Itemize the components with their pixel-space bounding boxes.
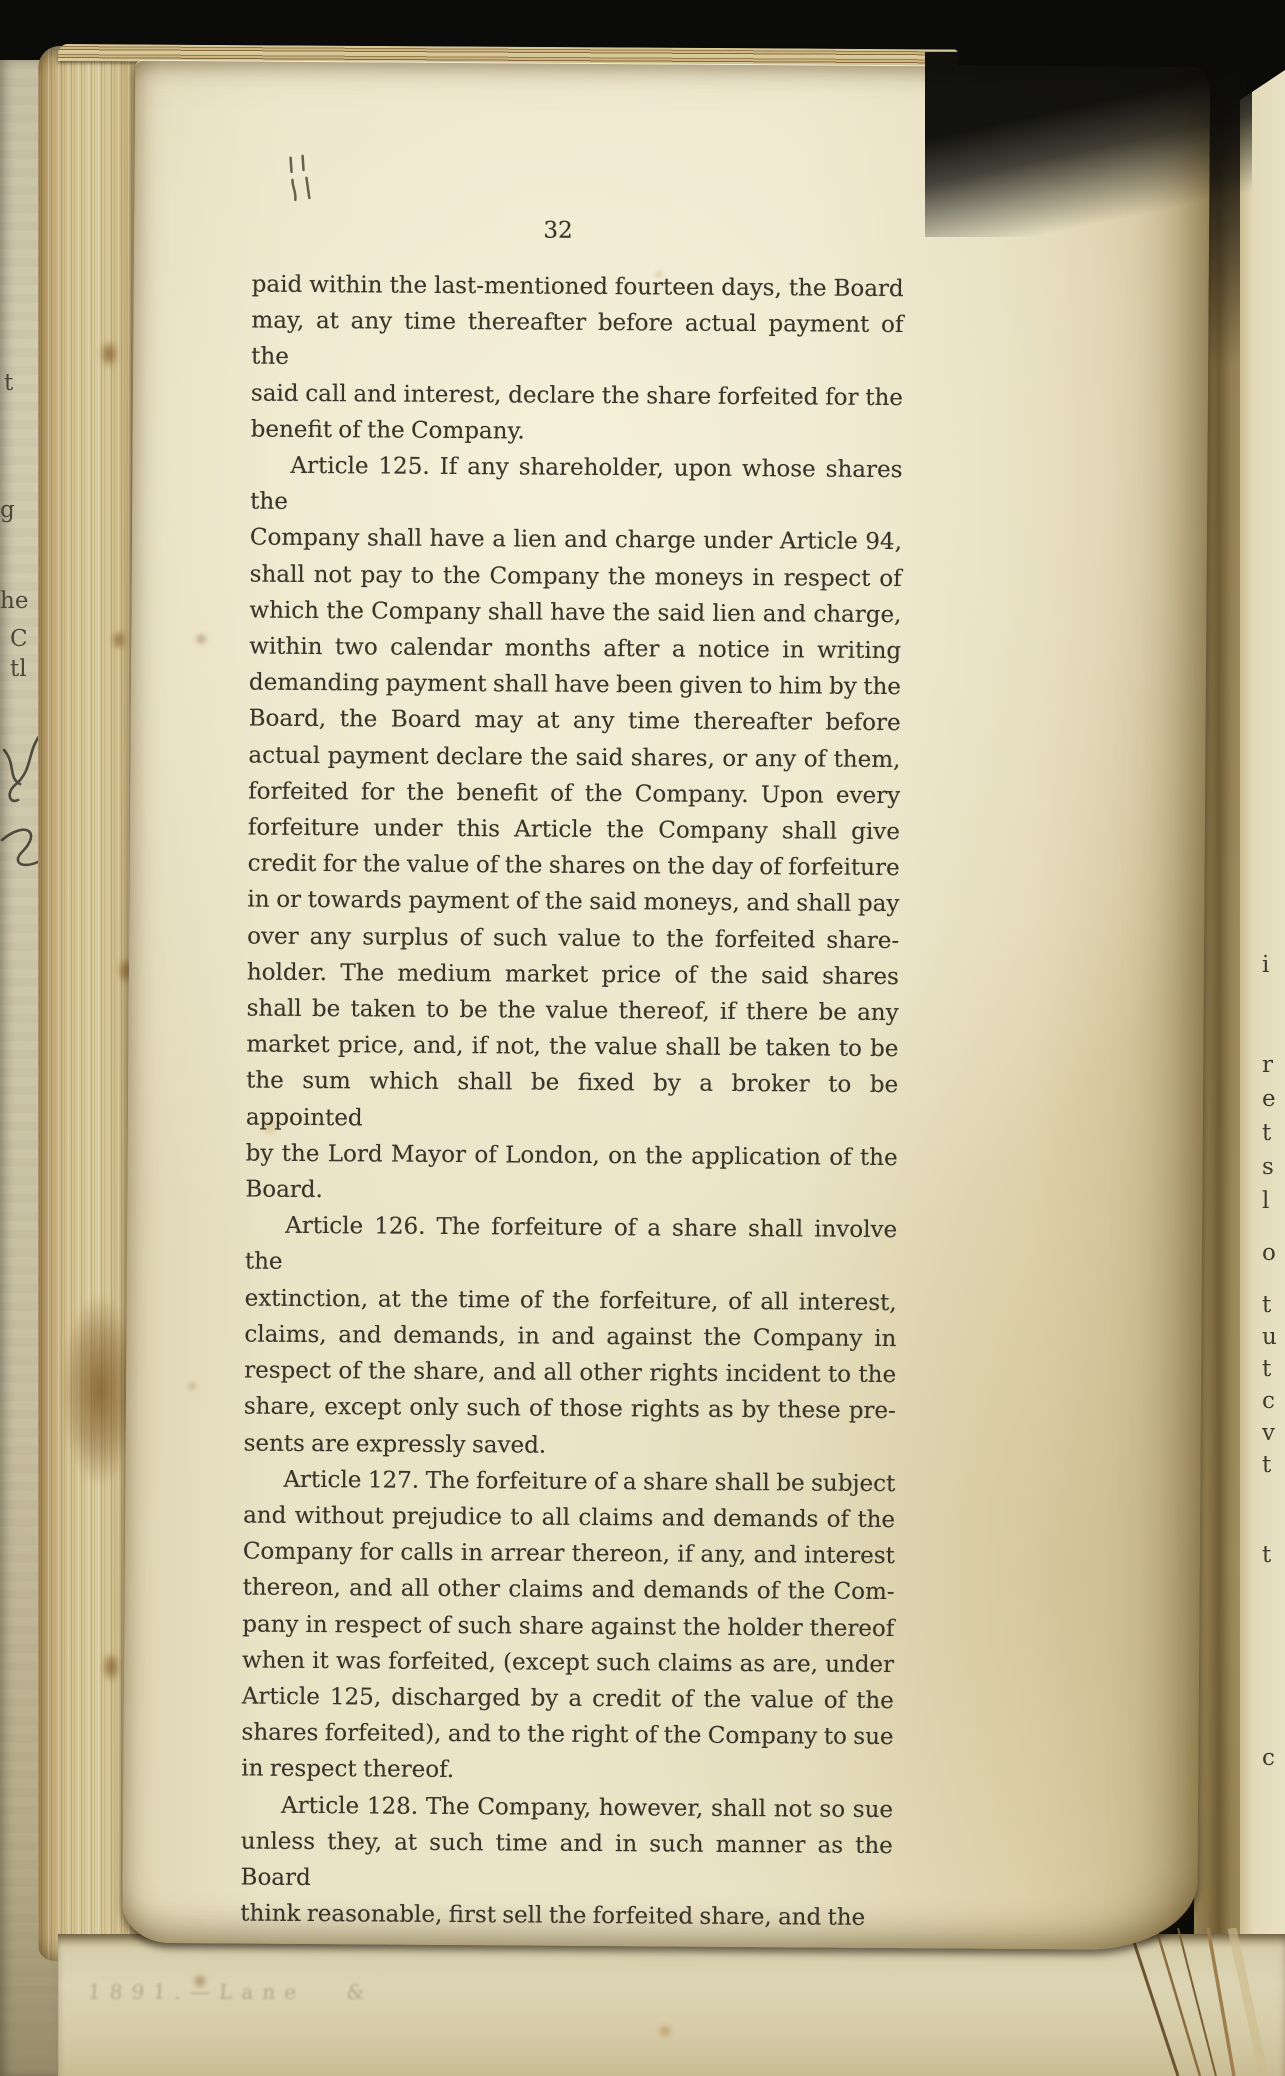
text-line: forfeiture under this Article the Compan…	[248, 810, 900, 851]
page-text-fragment: t	[1262, 1542, 1271, 1568]
foxing-spot	[186, 1381, 198, 1391]
foxing-spot	[100, 340, 118, 368]
page-text-fragment: t	[1262, 1356, 1271, 1382]
text-block: paid within the last-mentioned fourteen …	[240, 267, 904, 1937]
foxing-spot	[656, 2024, 674, 2038]
page-text-fragment: e	[1262, 1086, 1276, 1112]
foxing-spot	[102, 1652, 120, 1682]
text-line: share, except only such of those rights …	[244, 1389, 896, 1430]
text-line: unless they, at such time and in such ma…	[240, 1823, 892, 1900]
text-line: claims, and demands, in and against the …	[244, 1316, 896, 1357]
page-text-fragment: o	[1262, 1240, 1276, 1266]
text-line: think reasonable, first sell the forfeit…	[240, 1896, 892, 1937]
paragraph: paid within the last-mentioned fourteen …	[251, 267, 904, 453]
text-line: credit for the value of the shares on th…	[248, 846, 900, 887]
page-text-fragment: t	[4, 370, 13, 396]
page-text-fragment: tl	[10, 656, 27, 682]
text-line: respect of the share, and all other righ…	[244, 1353, 896, 1394]
text-line: in or towards payment of the said moneys…	[247, 882, 899, 923]
text-line: pany in respect of such share against th…	[242, 1606, 894, 1647]
page-text-fragment: t	[1262, 1120, 1271, 1146]
text-line: thereon, and all other claims and demand…	[242, 1570, 894, 1611]
book-photo-scene: tgheCtl iretslotutcvttc 1891.—Lane &	[0, 0, 1285, 2076]
text-line: sents are expressly saved.	[243, 1425, 895, 1466]
text-line: Article 125. If any shareholder, upon wh…	[250, 448, 902, 525]
page-text-fragment: t	[1262, 1292, 1271, 1318]
text-line: shall not pay to the Company the moneys …	[250, 556, 902, 597]
text-line: shares forfeited), and to the right of t…	[241, 1715, 893, 1756]
page-text-fragment: g	[0, 497, 15, 523]
text-line: shall be taken to be the value thereof, …	[247, 991, 899, 1032]
page-text-fragment: u	[1262, 1324, 1277, 1350]
text-line: by the Lord Mayor of London, on the appl…	[246, 1135, 898, 1176]
text-line: Board.	[245, 1172, 897, 1213]
text-line: said call and interest, declare the shar…	[251, 375, 903, 416]
page-text-fragment: r	[1262, 1052, 1273, 1078]
foxing-spot	[112, 630, 126, 650]
text-line: and without prejudice to all claims and …	[243, 1497, 895, 1538]
text-line: extinction, at the time of the forfeitur…	[245, 1280, 897, 1321]
text-line: Article 127. The forfeiture of a share s…	[243, 1461, 895, 1502]
text-line: holder. The medium market price of the s…	[247, 954, 899, 995]
bleed-through-text: 1891.—Lane &	[87, 1980, 374, 2004]
paragraph: Article 126. The forfeiture of a share s…	[243, 1208, 897, 1466]
page-number: 32	[232, 215, 884, 246]
text-line: Article 128. The Company, however, shall…	[241, 1787, 893, 1828]
page-text-fragment: v	[1262, 1420, 1275, 1446]
text-line: Board, the Board may at any time thereaf…	[249, 701, 901, 742]
page-text-fragment: s	[1262, 1154, 1274, 1180]
paragraph: Article 127. The forfeiture of a share s…	[241, 1461, 895, 1791]
text-line: the sum which shall be fixed by a broker…	[246, 1063, 898, 1140]
text-line: may, at any time thereafter before actua…	[251, 303, 903, 380]
ink-marks	[284, 154, 332, 210]
text-line: paid within the last-mentioned fourteen …	[252, 267, 904, 308]
text-line: market price, and, if not, the value sha…	[246, 1027, 898, 1068]
text-line: which the Company shall have the said li…	[249, 592, 901, 633]
page-text-fragment: he	[0, 588, 28, 614]
text-line: forfeited for the benefit of the Company…	[248, 773, 900, 814]
page-text-fragment: c	[1262, 1745, 1275, 1771]
text-line: actual payment declare the said shares, …	[248, 737, 900, 778]
foxing-spot	[193, 1972, 207, 1990]
text-line: Article 125, discharged by a credit of t…	[242, 1678, 894, 1719]
page-text-fragment: t	[1262, 1452, 1271, 1478]
text-line: Article 126. The forfeiture of a share s…	[245, 1208, 897, 1285]
facing-page: iretslotutcvttc	[1240, 70, 1285, 2076]
bottom-underpage: 1891.—Lane &	[58, 1934, 1285, 2076]
book-page: 32 paid within the last-mentioned fourte…	[122, 60, 1210, 1950]
page-text-fragment: C	[10, 626, 28, 652]
text-line: Company for calls in arrear thereon, if …	[243, 1534, 895, 1575]
text-line: within two calendar months after a notic…	[249, 629, 901, 670]
page-text-fragment: i	[1262, 952, 1269, 978]
top-right-shadow	[925, 52, 1252, 237]
text-line: demanding payment shall have been given …	[249, 665, 901, 706]
page-text-fragment: c	[1262, 1388, 1275, 1414]
page-text-fragment: l	[1262, 1188, 1269, 1214]
text-line: benefit of the Company.	[251, 411, 903, 452]
text-line: when it was forfeited, (except such clai…	[242, 1642, 894, 1683]
bottom-right-strings	[1112, 1928, 1282, 2076]
text-line: over any surplus of such value to the fo…	[247, 918, 899, 959]
text-line: Company shall have a lien and charge und…	[250, 520, 902, 561]
text-line: in respect thereof.	[241, 1751, 893, 1792]
paragraph: Article 125. If any shareholder, upon wh…	[245, 448, 902, 1213]
foxing-spot	[193, 633, 209, 645]
paragraph: Article 128. The Company, however, shall…	[240, 1787, 893, 1936]
